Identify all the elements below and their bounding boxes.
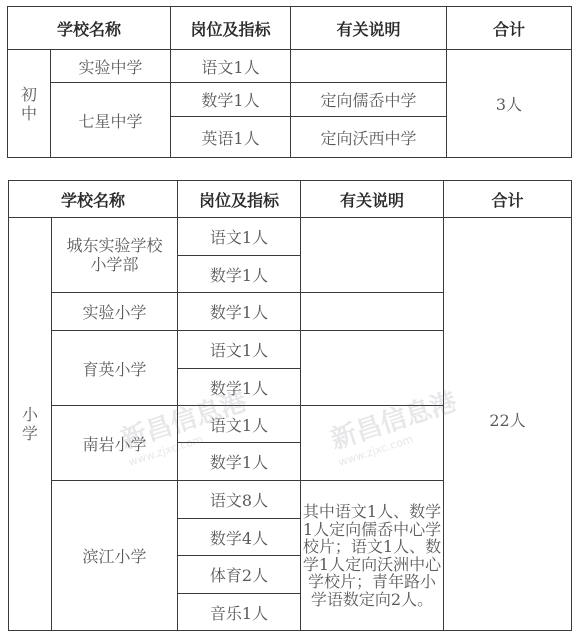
position-cell: 语文1人	[171, 50, 291, 83]
position-cell: 数学1人	[178, 256, 301, 293]
school-name: 滨江小学	[52, 481, 178, 631]
position-cell: 语文8人	[178, 481, 301, 519]
position-cell: 数学1人	[178, 293, 301, 331]
position-cell: 语文1人	[178, 331, 301, 369]
school-name: 实验中学	[51, 50, 171, 83]
position-cell: 英语1人	[171, 117, 291, 158]
header-school-name: 学校名称	[9, 181, 178, 218]
position-cell: 数学1人	[171, 83, 291, 117]
total-cell: 22人	[444, 218, 572, 631]
position-cell: 数学4人	[178, 519, 301, 556]
header-position: 岗位及指标	[171, 7, 291, 50]
note-cell	[301, 406, 444, 481]
school-name: 七星中学	[51, 83, 171, 158]
position-cell: 语文1人	[178, 406, 301, 443]
note-cell	[301, 331, 444, 406]
note-cell: 其中语文1人、数学1人定向儒岙中心学校片；语文1人、数学1人定向沃洲中心学校片；…	[301, 481, 444, 631]
note-cell: 定向沃西中学	[291, 117, 447, 158]
level-primary: 小学	[9, 218, 52, 631]
note-cell: 定向儒岙中学	[291, 83, 447, 117]
school-name: 城东实验学校小学部	[52, 218, 178, 293]
level-junior-high: 初中	[8, 50, 51, 158]
position-cell: 音乐1人	[178, 594, 301, 631]
school-name: 南岩小学	[52, 406, 178, 481]
school-name: 实验小学	[52, 293, 178, 331]
position-cell: 语文1人	[178, 218, 301, 256]
junior-high-table: 学校名称 岗位及指标 有关说明 合计 初中 实验中学 语文1人 3人 七星中学 …	[7, 6, 572, 158]
position-cell: 数学1人	[178, 443, 301, 481]
note-cell	[301, 293, 444, 331]
note-cell	[301, 218, 444, 293]
header-notes: 有关说明	[301, 181, 444, 218]
position-cell: 体育2人	[178, 556, 301, 594]
header-total: 合计	[444, 181, 572, 218]
header-total: 合计	[447, 7, 572, 50]
school-name: 育英小学	[52, 331, 178, 406]
header-school-name: 学校名称	[8, 7, 171, 50]
primary-school-table: 学校名称 岗位及指标 有关说明 合计 小学 城东实验学校小学部 语文1人 22人…	[8, 180, 572, 631]
total-cell: 3人	[447, 50, 572, 158]
note-cell	[291, 50, 447, 83]
header-notes: 有关说明	[291, 7, 447, 50]
position-cell: 数学1人	[178, 369, 301, 406]
header-position: 岗位及指标	[178, 181, 301, 218]
